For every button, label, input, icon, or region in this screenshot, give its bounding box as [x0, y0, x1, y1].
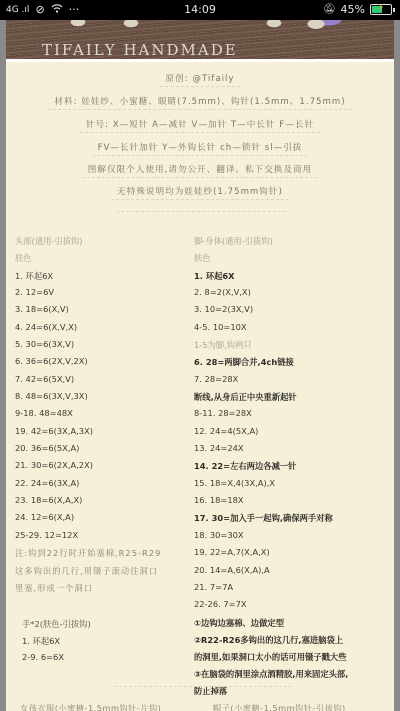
- pattern-row: 1. 环起6X: [15, 270, 53, 282]
- alarm-off-icon: 🔕︎: [323, 4, 336, 15]
- pattern-row: 1. 环起6X: [22, 635, 60, 647]
- hat-heading: 帽子(小蜜糖-1.5mm钩针-引拔钩): [213, 703, 346, 711]
- charging-icon: ⚡︎: [378, 3, 384, 13]
- assembly-note: ①边钩边塞棉、边做定型: [194, 617, 284, 629]
- divider: [114, 686, 292, 687]
- color-label: 肤色: [194, 252, 211, 264]
- body-pattern-column: 脚-身体(通用-引拔钩) 肤色 1. 环起6X 2. 8=2(X,V,X) 3.…: [194, 20, 394, 711]
- pattern-row: 3. 18=6(X,V): [15, 304, 69, 314]
- pattern-row: 8. 48=6(3X,V,3X): [15, 391, 88, 401]
- pattern-row: 19. 42=6(3X,A,3X): [15, 426, 93, 436]
- pattern-row: 24. 12=6(X,A): [15, 512, 74, 522]
- pattern-row: 1. 环起6X: [194, 270, 235, 282]
- section-title: 头部(通用-引拔钩): [15, 235, 83, 247]
- pattern-image[interactable]: TIFAILY HANDMADE 原创: @Tifaily 材料: 娃娃纱、小蜜…: [6, 20, 394, 711]
- note-line: 里塞,形成一个洞口: [15, 582, 93, 594]
- pattern-row: 22-26. 7=7X: [194, 599, 247, 609]
- head-pattern-column: 头部(通用-引拔钩) 肤色 1. 环起6X 2. 12=6V 3. 18=6(X…: [15, 20, 195, 711]
- pattern-row: 2-9. 6=6X: [22, 652, 64, 662]
- pattern-row: 2. 8=2(X,V,X): [194, 287, 251, 297]
- section-title: 脚-身体(通用-引拔钩): [194, 235, 273, 247]
- status-bar: 4G .ıl ⊘ ··· 14:09 🔕︎ 45% ⚡︎: [0, 0, 400, 20]
- pattern-row: 2. 12=6V: [15, 287, 54, 297]
- pattern-row: 22. 24=6(3X,A): [15, 478, 79, 488]
- pattern-row: 3. 10=2(3X,V): [194, 304, 253, 314]
- battery-percent: 45%: [341, 3, 365, 16]
- pattern-row: 9-18. 48=48X: [15, 408, 73, 418]
- pattern-row: 21. 30=6(2X,A,2X): [15, 460, 93, 470]
- assembly-note: ②R22-R26多钩出的这几行,塞进脑袋上: [194, 634, 343, 646]
- pattern-row: 12. 24=4(5X,A): [194, 426, 258, 436]
- pattern-row: 19. 22=A,7(X,A,X): [194, 547, 270, 557]
- pattern-row: 14. 22=左右两边各减一针: [194, 460, 296, 472]
- pattern-row: 25-29. 12=12X: [15, 530, 78, 540]
- pattern-row: 6. 36=6(2X,V,2X): [15, 356, 88, 366]
- pattern-row: 21. 7=7A: [194, 582, 233, 592]
- pattern-row: 6. 28=两脚合并,4ch链接: [194, 356, 294, 368]
- girl-clothes-heading: 女孩衣服(小蜜糖-1.5mm钩针-片钩): [20, 703, 161, 711]
- assembly-note: 的洞里,如果洞口太小的话可用镊子戳大些: [194, 651, 347, 663]
- pattern-row: 20. 36=6(5X,A): [15, 443, 79, 453]
- note-line: 注:钩到22行时开始塞棉,R25-R29: [15, 547, 161, 559]
- pattern-row: 17. 30=加入手一起钩,确保两手对称: [194, 512, 333, 524]
- pattern-row: 7. 28=28X: [194, 374, 238, 384]
- sub-note: 1-5为脚,钩两只: [194, 339, 252, 351]
- pattern-row: 5. 30=6(3X,V): [15, 339, 74, 349]
- pattern-row: 18. 30=30X: [194, 530, 244, 540]
- pattern-row: 20. 14=A,6(X,A),A: [194, 565, 270, 575]
- pattern-row: 4. 24=6(X,V,X): [15, 322, 77, 332]
- pattern-row: 8-11. 28=28X: [194, 408, 252, 418]
- battery-icon: ⚡︎: [370, 4, 392, 15]
- pattern-row: 13. 24=24X: [194, 443, 244, 453]
- color-label: 肤色: [15, 252, 32, 264]
- pattern-row: 15. 18=X,4(3X,A),X: [194, 478, 275, 488]
- pattern-row: 4-5. 10=10X: [194, 322, 247, 332]
- assembly-note: ③在脑袋的洞里涂点酒精胶,用来固定头部,: [194, 668, 348, 680]
- pattern-row: 23. 18=6(X,A,X): [15, 495, 82, 505]
- pattern-row: 断线,从身后正中央重新起针: [194, 391, 297, 403]
- note-line: 这多钩出的几行,用镊子滚动往洞口: [15, 565, 158, 577]
- pattern-row: 16. 18=18X: [194, 495, 244, 505]
- pattern-row: 7. 42=6(5X,V): [15, 374, 74, 384]
- hand-section-title: 手*2(肤色-引拔钩): [22, 618, 91, 630]
